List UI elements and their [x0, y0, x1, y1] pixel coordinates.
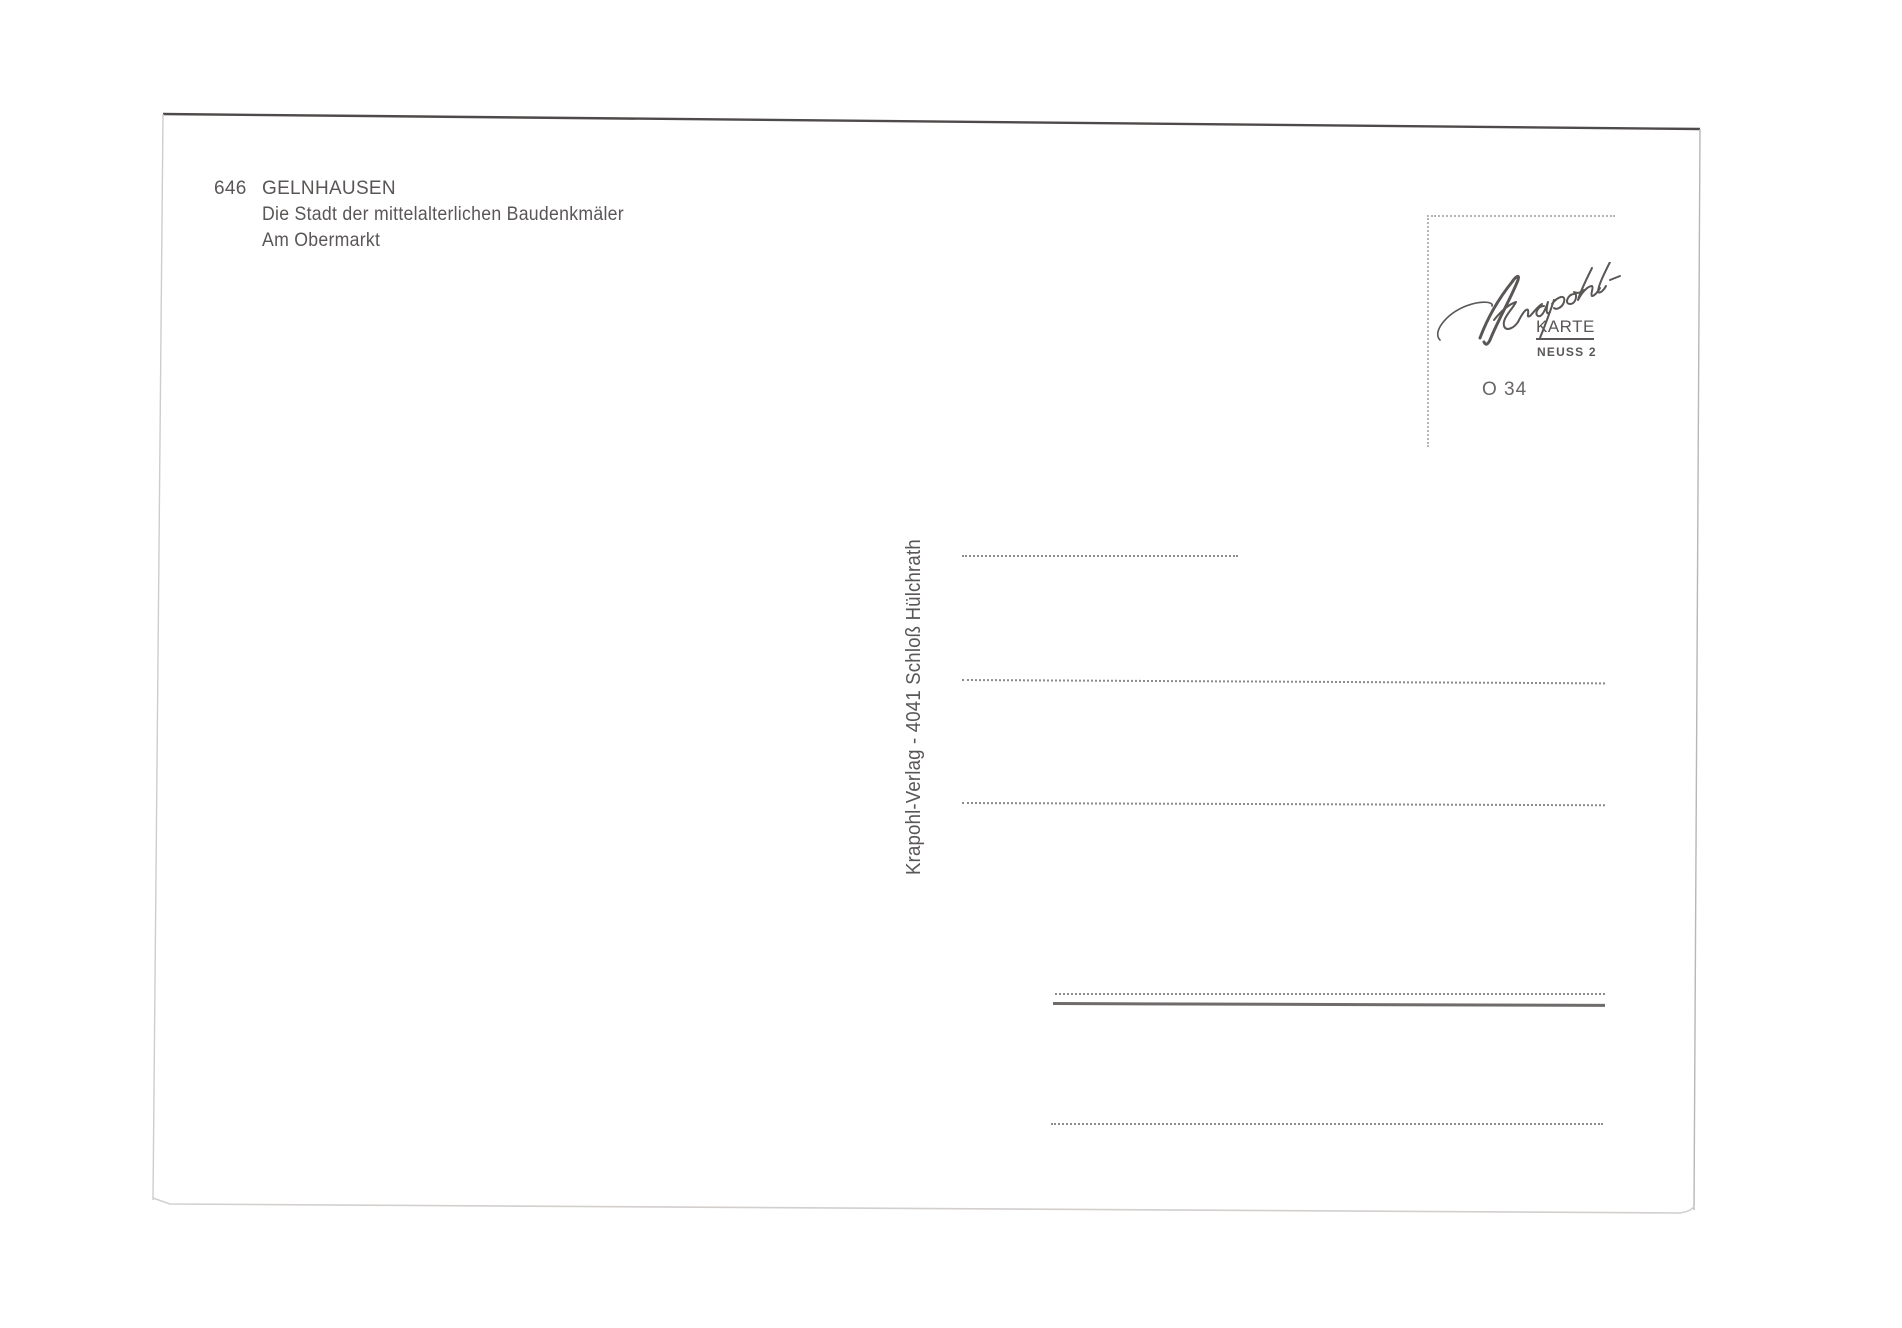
address-line-4[interactable] [1055, 993, 1605, 995]
caption-subtitle: Die Stadt der mittelalterlichen Baudenkm… [262, 204, 624, 226]
address-line-1[interactable] [962, 555, 1238, 557]
brand-city: NEUSS 2 [1537, 345, 1597, 359]
address-line-5[interactable] [1051, 1123, 1603, 1125]
stamp-box-left-border [1427, 215, 1429, 447]
publisher-line: Krapohl-Verlag - 4041 Schloß Hülchrath [903, 539, 926, 875]
caption-title: GELNHAUSEN [262, 178, 396, 200]
card-number: 646 [214, 178, 247, 200]
caption-place: Am Obermarkt [262, 230, 380, 252]
card-code: O 34 [1482, 379, 1527, 401]
brand-underline [1536, 338, 1594, 340]
brand-word: KARTE [1536, 317, 1595, 337]
stamp-box-top-border [1431, 215, 1615, 217]
